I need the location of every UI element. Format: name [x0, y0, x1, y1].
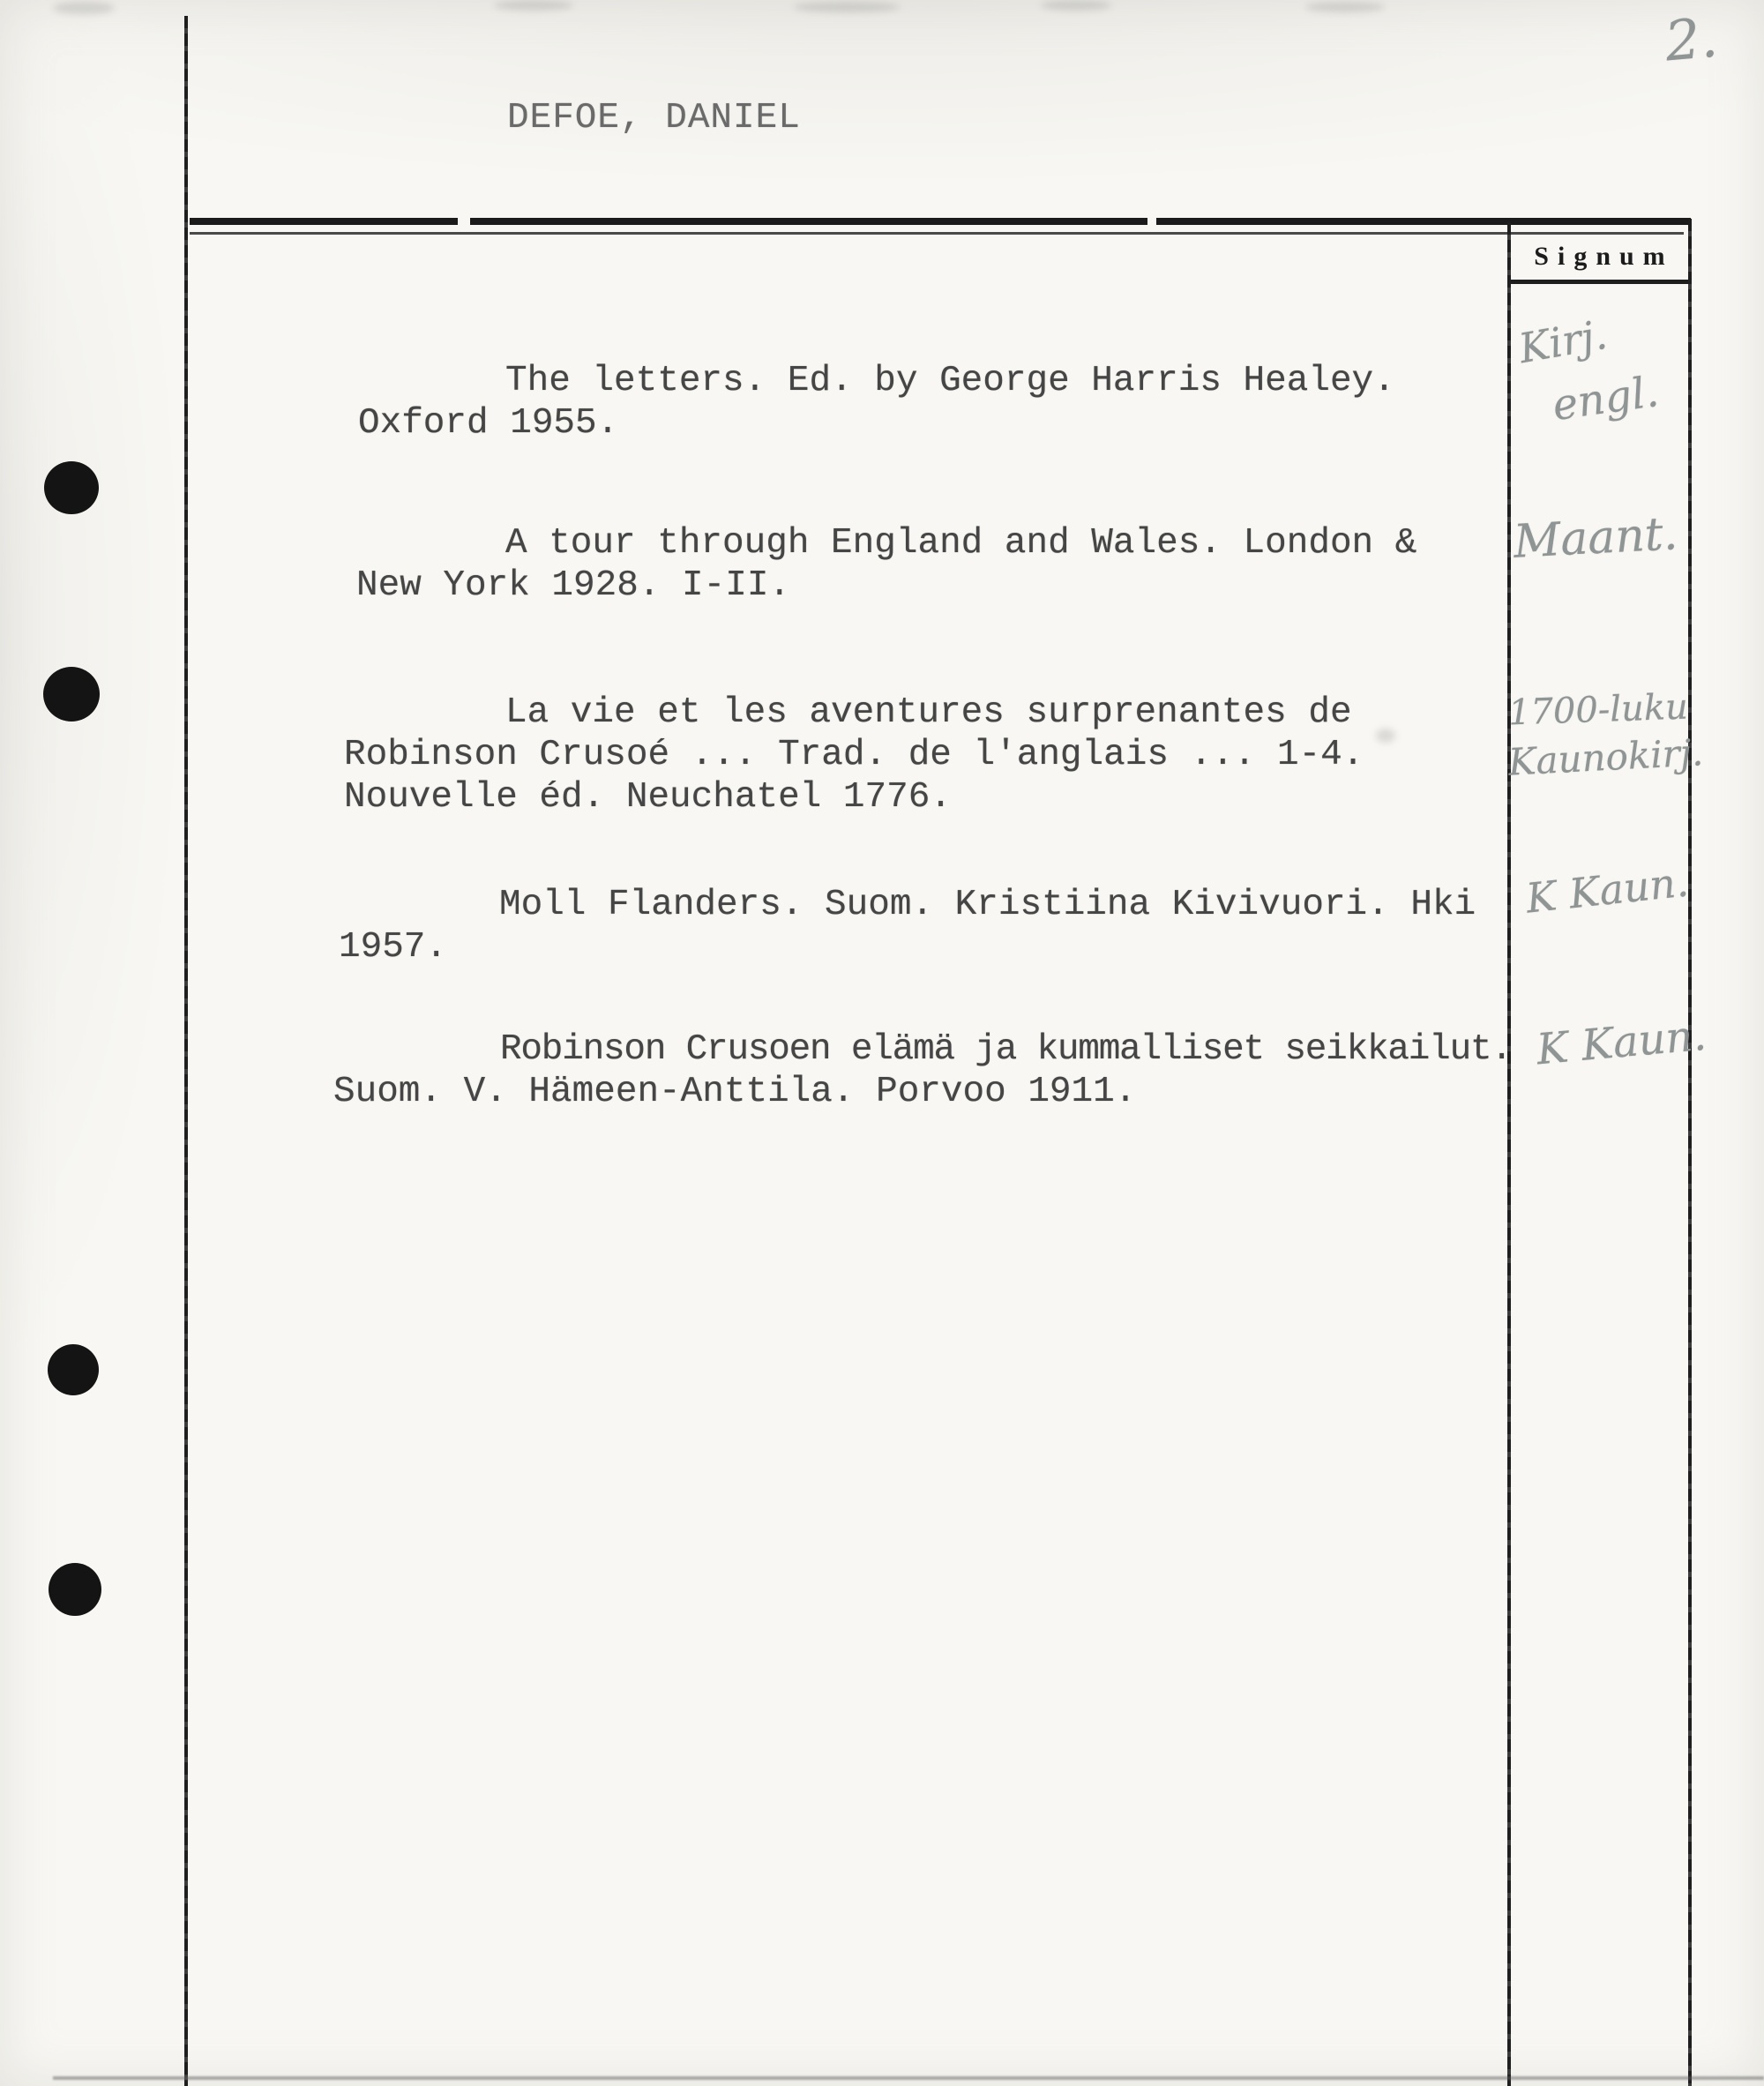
scan-artifact: [794, 2, 900, 12]
left-margin-line: [184, 16, 188, 2086]
hole-punch-dot: [48, 1344, 99, 1395]
entry-line: La vie et les aventures surprenantes de: [505, 693, 1352, 732]
page-title: DEFOE, DANIEL: [507, 99, 801, 138]
signum-annotation: K Kaun.: [1524, 857, 1691, 922]
entry-line: The letters. Ed. by George Harris Healey…: [505, 362, 1395, 400]
entry-line: Oxford 1955.: [358, 404, 618, 443]
scan-artifact: [1305, 2, 1385, 12]
hole-punch-dot: [49, 1563, 101, 1616]
signum-annotation: Maant.: [1513, 507, 1679, 569]
hole-punch-dot: [43, 667, 100, 722]
catalog-card-page: 2. DEFOE, DANIEL Signum The letters. Ed.…: [0, 0, 1764, 2086]
header-rule-thin: [190, 232, 1684, 235]
page-number: 2.: [1663, 5, 1720, 74]
signum-annotation: 1700-luku: [1507, 686, 1688, 733]
scan-bottom-edge: [53, 2076, 1764, 2080]
signum-annotation: Kaunokirj.: [1507, 730, 1704, 784]
signum-header-underline: [1511, 280, 1688, 284]
entry-line: 1957.: [339, 928, 447, 967]
entry-line: New York 1928. I-II.: [356, 566, 790, 605]
entry-line: Suom. V. Hämeen-Anttila. Porvoo 1911.: [333, 1073, 1136, 1111]
hole-punch-dot: [44, 461, 99, 514]
scan-artifact: [494, 0, 573, 11]
signum-column-right-line: [1688, 219, 1692, 2086]
scan-artifact: [1041, 0, 1111, 11]
entry-line: Robinson Crusoen elämä ja kummalliset se…: [500, 1030, 1512, 1069]
signum-column-left-line: [1507, 222, 1511, 2086]
entry-line: A tour through England and Wales. London…: [505, 524, 1416, 563]
entry-line: Nouvelle éd. Neuchatel 1776.: [344, 778, 952, 817]
signum-header: Signum: [1511, 242, 1688, 272]
signum-annotation: engl.: [1550, 367, 1662, 430]
signum-annotation: Kirj.: [1515, 310, 1611, 373]
signum-annotation: K Kaun.: [1535, 1011, 1708, 1075]
entry-line: Moll Flanders. Suom. Kristiina Kivivuori…: [499, 886, 1476, 924]
entry-line: Robinson Crusoé ... Trad. de l'anglais .…: [344, 736, 1364, 774]
scan-artifact: [1376, 729, 1395, 743]
scan-artifact: [53, 2, 115, 14]
header-rule-thick: [190, 218, 1691, 225]
